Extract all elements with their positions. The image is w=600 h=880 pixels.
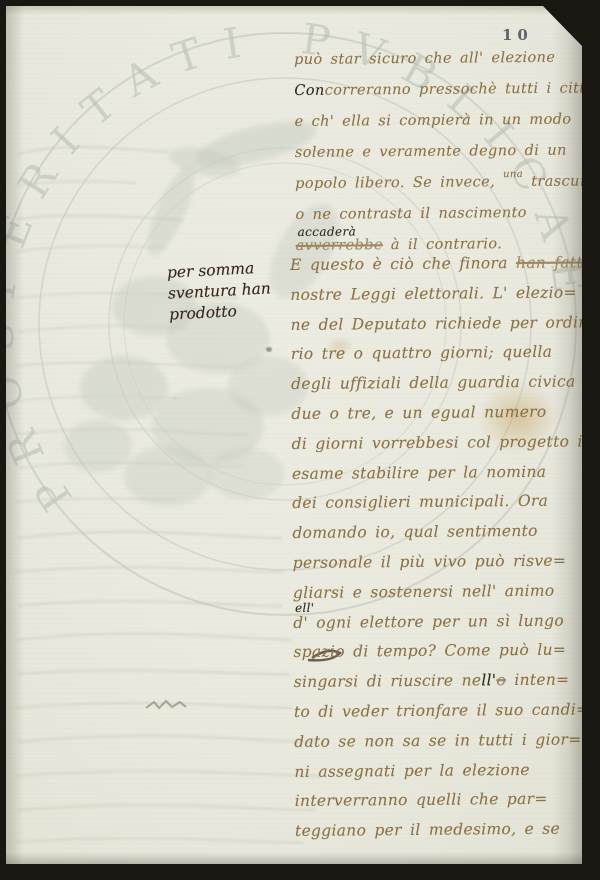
- manuscript-line: accaderàavverrebbe à il contrario.: [296, 236, 503, 254]
- margin-note: per somma sventura han prodotto: [166, 257, 272, 325]
- manuscript-text-segment: ni assegnati per la elezione: [294, 761, 529, 781]
- manuscript-text-segment: teggiano per il medesimo, e se: [295, 820, 560, 840]
- manuscript-line: di giorni vorrebbesi col progetto in: [292, 432, 593, 453]
- manuscript-text-segment: ll': [481, 671, 496, 689]
- manuscript-text-segment: o ne contrasta il nascimento: [295, 205, 527, 223]
- manuscript-text-segment: o: [496, 671, 506, 689]
- page-number-stamp: 10: [502, 26, 533, 44]
- manuscript-line: può star sicuro che all' elezione: [294, 50, 555, 68]
- manuscript-text-segment: Con: [294, 83, 325, 99]
- manuscript-line: personale il più vivo può risve=: [293, 552, 567, 572]
- manuscript-line: solenne e veramente degno di un: [295, 143, 567, 161]
- scanned-manuscript-page: { "page_number": "10", "seal": { "text":…: [0, 0, 600, 880]
- manuscript-text-segment: correranno pressochè tutti i cittadini,: [325, 80, 600, 99]
- manuscript-text-segment: ne del Deputato richiede per ordina=: [291, 313, 600, 334]
- manuscript-line: ne del Deputato richiede per ordina=: [291, 313, 600, 334]
- manuscript-text-segment: di giorni vorrebbesi col progetto in: [292, 432, 593, 453]
- manuscript-text-segment: personale il più vivo può risve=: [293, 552, 567, 572]
- manuscript-line: ni assegnati per la elezione: [294, 761, 529, 781]
- manuscript-line: ell'd' ogni elettore per un sì lungo: [293, 611, 564, 631]
- manuscript-text-segment: singarsi di riuscire ne: [294, 672, 482, 692]
- manuscript-text-segment: nostre Leggi elettorali. L' elezio=: [290, 283, 577, 303]
- manuscript-text-segment: degli uffiziali della guardia civica: [291, 373, 575, 393]
- manuscript-line: o ne contrasta il nascimento: [295, 205, 527, 223]
- manuscript-text-segment: gliarsi e sostenersi nell' animo: [293, 582, 555, 602]
- manuscript-line: interverranno quelli che par=: [295, 790, 548, 810]
- manuscript-line: teggiano per il medesimo, e se: [295, 820, 560, 840]
- manuscript-line: to di veder trionfare il suo candi=: [294, 700, 590, 721]
- manuscript-line: esame stabilire per la nomina: [292, 462, 546, 482]
- manuscript-text-segment: à il contrario.: [383, 236, 503, 253]
- manuscript-line: singarsi di riuscire nell'o inten=: [294, 671, 570, 691]
- manuscript-text-segment: può star sicuro che all' elezione: [294, 50, 555, 68]
- manuscript-text-segment: inten=: [506, 671, 569, 690]
- manuscript-text-segment: domando io, qual sentimento: [292, 522, 537, 542]
- manuscript-line: nostre Leggi elettorali. L' elezio=: [290, 283, 577, 303]
- manuscript-line: E questo è ciò che finora han fatto le: [290, 253, 600, 274]
- manuscript-text-segment: dato se non sa se in tutti i gior=: [294, 730, 581, 751]
- manuscript-text-segment: ell': [295, 600, 314, 614]
- manuscript-text-segment: E questo è ciò che finora: [290, 254, 516, 274]
- manuscript-line: e ch' ella si compierà in un modo: [295, 112, 572, 130]
- manuscript-text-segment: due o tre, e un egual numero: [291, 403, 546, 423]
- manuscript-line: popolo libero. Se invece, una trascura: [295, 173, 596, 192]
- manuscript-text-segment: dei consiglieri municipali. Ora: [292, 492, 548, 512]
- manuscript-text-segment: d' ogni elettore per un sì lungo: [293, 611, 564, 631]
- manuscript-line: domando io, qual sentimento: [292, 522, 537, 542]
- manuscript-text-segment: interverranno quelli che par=: [295, 790, 548, 810]
- manuscript-text-segment: to di veder trionfare il suo candi=: [294, 700, 590, 721]
- manuscript-text-segment: una: [503, 169, 523, 180]
- manuscript-line: degli uffiziali della guardia civica: [291, 373, 575, 393]
- manuscript-line: rio tre o quattro giorni; quella: [291, 343, 553, 363]
- manuscript-line: due o tre, e un egual numero: [291, 403, 546, 423]
- manuscript-line: dato se non sa se in tutti i gior=: [294, 730, 581, 751]
- manuscript-text-segment: solenne e veramente degno di un: [295, 143, 567, 161]
- manuscript-text-segment: e ch' ella si compierà in un modo: [295, 112, 572, 130]
- manuscript-line: dei consiglieri municipali. Ora: [292, 492, 548, 512]
- manuscript-text-segment: esame stabilire per la nomina: [292, 462, 546, 482]
- manuscript-text-segment: avverrebbe: [296, 237, 383, 254]
- manuscript-line: Concorreranno pressochè tutti i cittadin…: [294, 80, 600, 99]
- manuscript-text-segment: han fatto: [516, 253, 593, 272]
- manuscript-line: gliarsi e sostenersi nell' animo: [293, 582, 555, 602]
- manuscript-text-segment: le: [593, 253, 600, 271]
- manuscript-text-segment: spazio di tempo? Come può lu=: [293, 641, 566, 661]
- manuscript-paper: PROSPERITATI PVBLICAE: [6, 6, 582, 864]
- manuscript-text-segment: rio tre o quattro giorni; quella: [291, 343, 553, 363]
- manuscript-line: spazio di tempo? Come può lu=: [293, 641, 566, 661]
- manuscript-text-segment: popolo libero. Se invece,: [295, 174, 503, 192]
- manuscript-text-segment: trascura: [523, 173, 596, 190]
